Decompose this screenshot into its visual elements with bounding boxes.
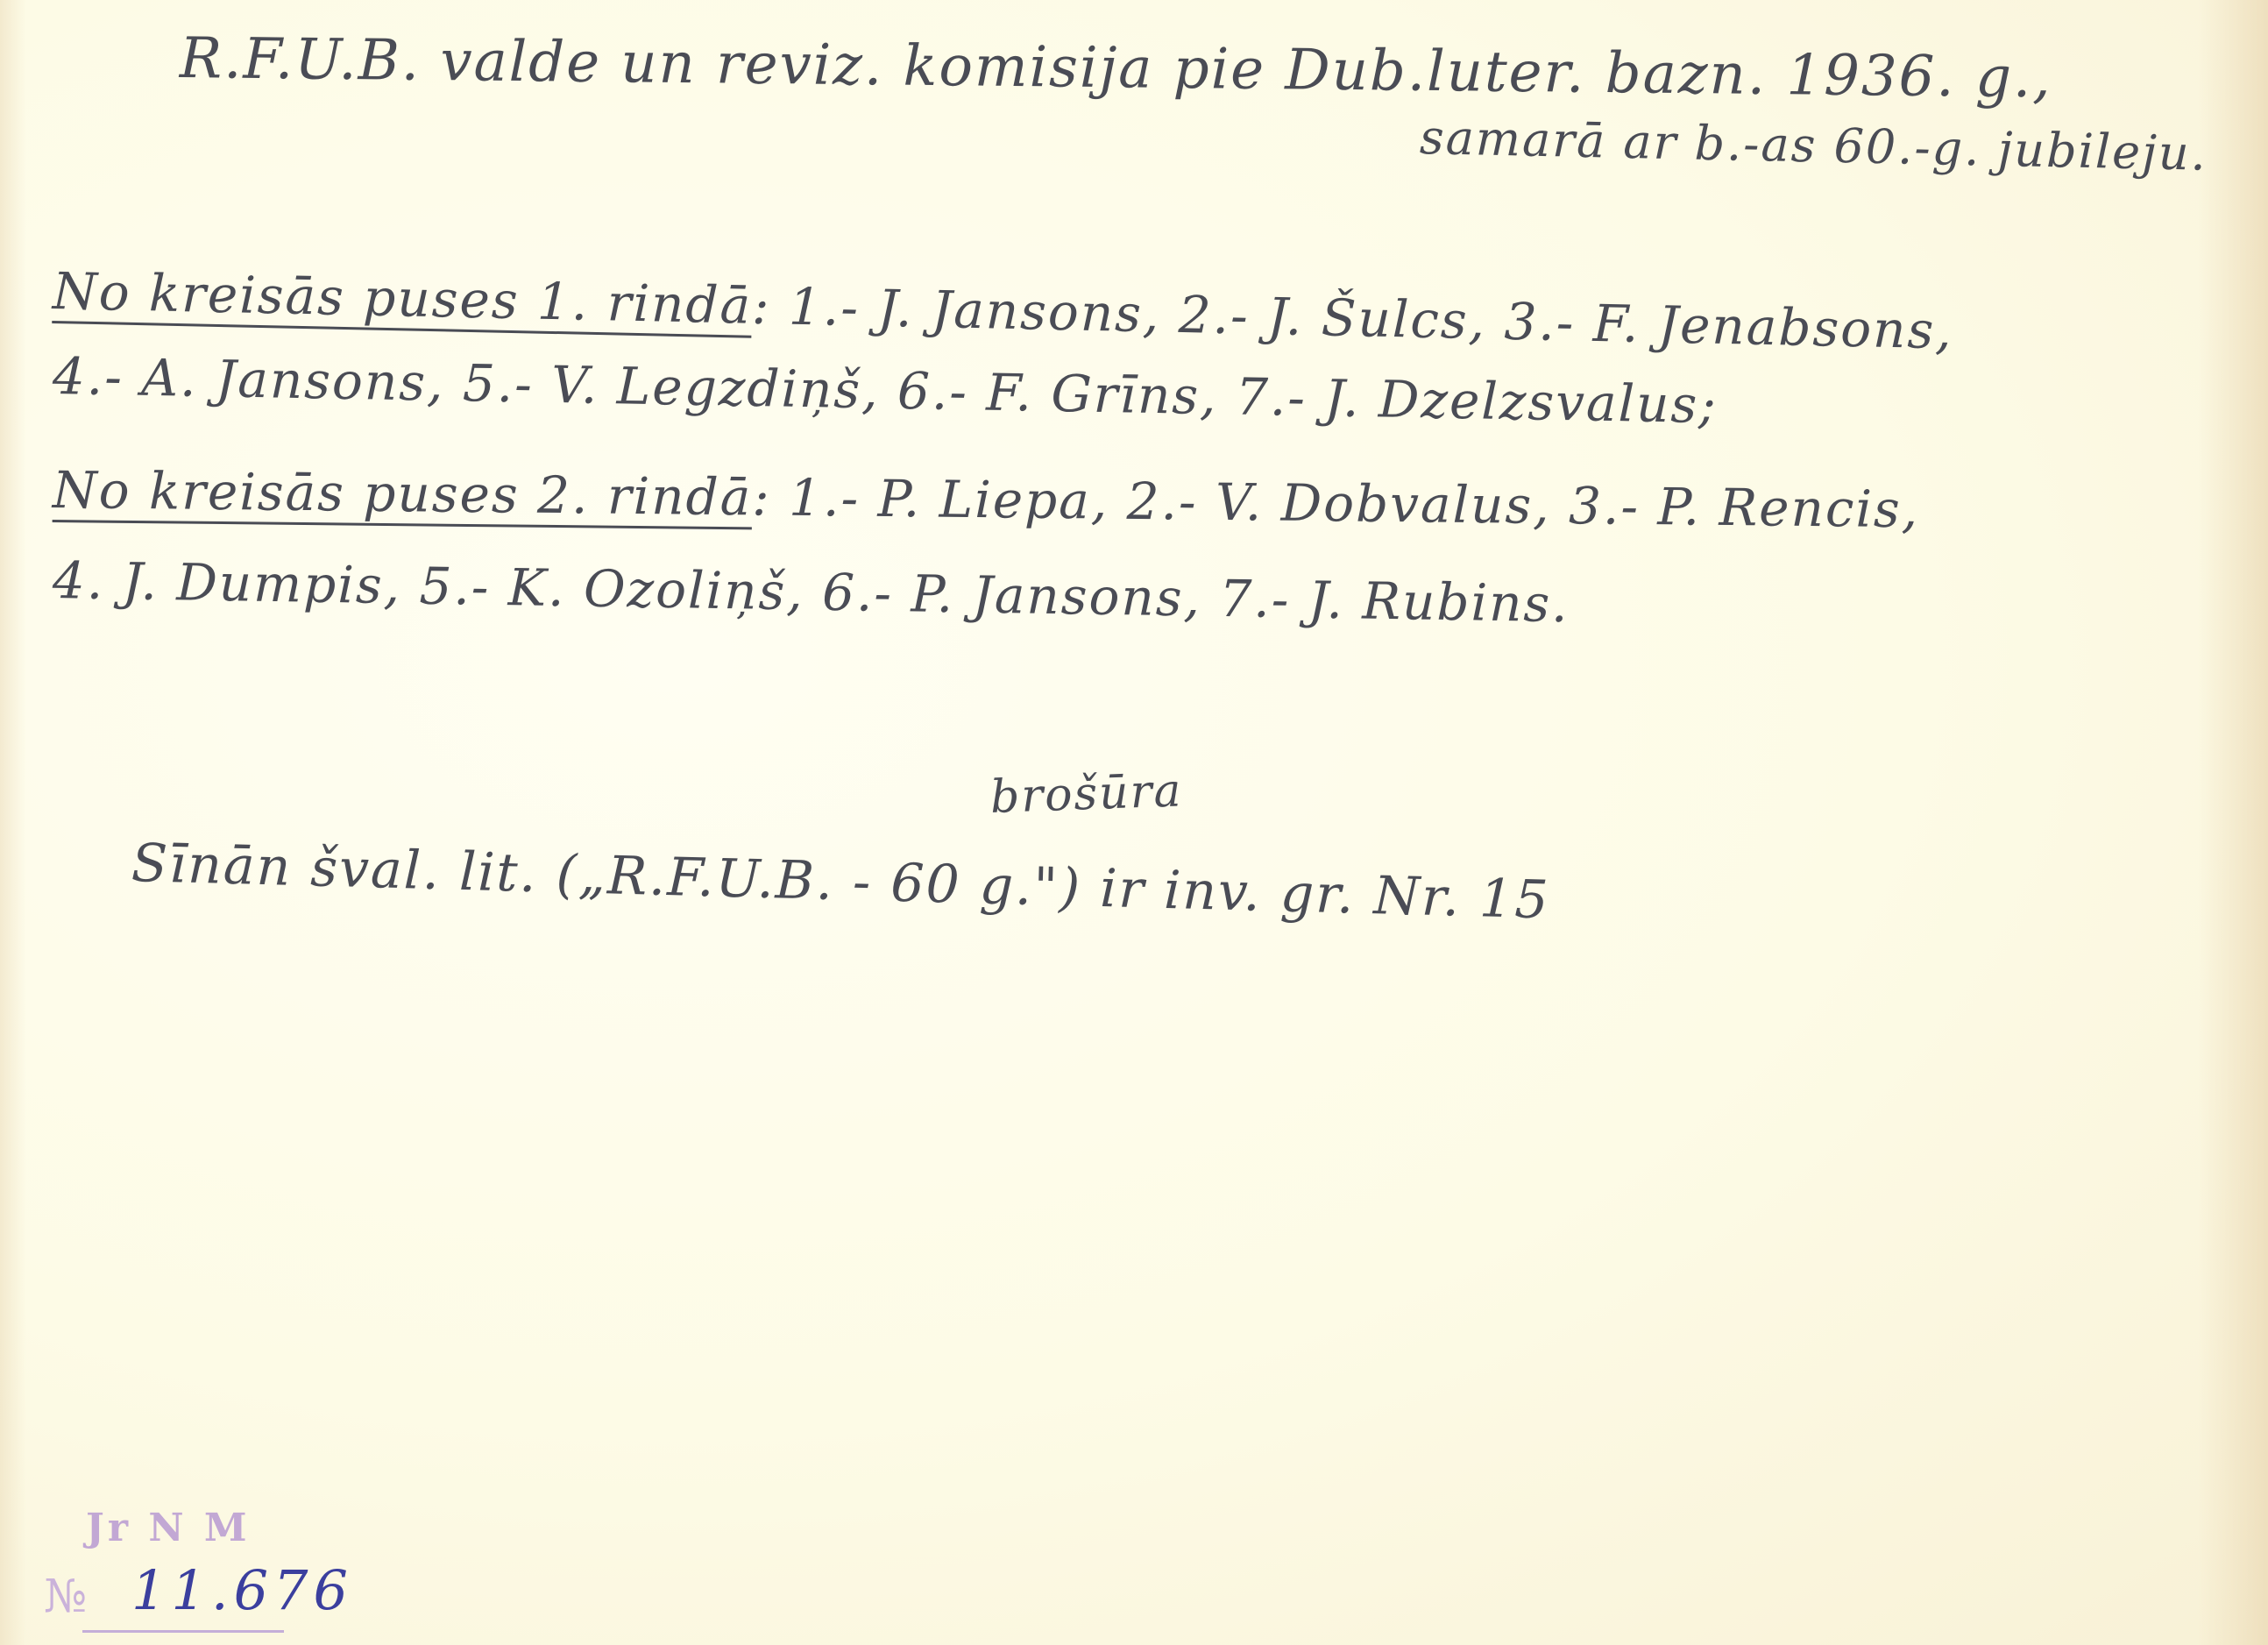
row-1-line-1: No kreisās puses 1. rindā: 1.- J. Janson… [52,261,1953,360]
paper-edge-right [2198,0,2268,1645]
stamp-number-label: № [44,1571,87,1623]
note-superscript: brošūra [989,764,1183,824]
row-2-line-1: No kreisās puses 2. rindā: 1.- P. Liepa,… [53,460,1920,539]
row-1-names-a: : 1.- J. Jansons, 2.- J. Šulcs, 3.- F. J… [751,276,1953,361]
caption-line-2: samarā ar b.-as 60.-g. jubileju. [1419,110,2208,181]
paper-edge-left [0,0,26,1645]
stamp-org: Jr N M [86,1506,251,1550]
photo-verso-page: R.F.U.B. valde un reviz. komisija pie Du… [0,0,2268,1645]
reference-note: Sīnān šval. lit. („R.F.U.B. - 60 g.") ir… [131,833,1550,931]
row-1-heading: No kreisās puses 1. rindā [52,261,753,336]
caption-line-1: R.F.U.B. valde un reviz. komisija pie Du… [180,26,2052,110]
stamp-underline [82,1630,284,1633]
row-2-names-a: : 1.- P. Liepa, 2.- V. Dobvalus, 3.- P. … [752,467,1920,539]
row-2-line-2: 4. J. Dumpis, 5.- K. Ozoliņš, 6.- P. Jan… [52,550,1570,634]
row-2-heading: No kreisās puses 2. rindā [53,460,753,527]
inventory-number: 11.676 [131,1558,353,1622]
row-1-line-2: 4.- A. Jansons, 5.- V. Legzdiņš, 6.- F. … [52,346,1718,435]
museum-stamp: Jr N M № 11.676 [44,1490,412,1639]
